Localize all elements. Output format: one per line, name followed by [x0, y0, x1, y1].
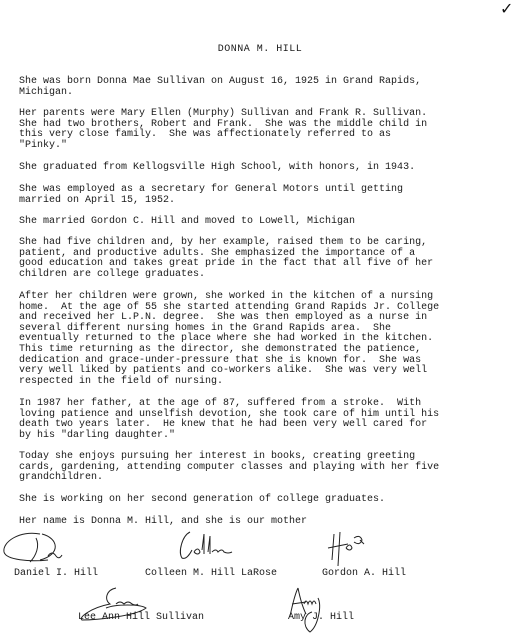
- paragraph-nursing: After her children were grown, she worke…: [19, 292, 509, 387]
- signature-amy: [288, 586, 338, 636]
- document-page: ✓ DONNA M. HILL She was born Donna Mae S…: [0, 0, 520, 638]
- paragraph-closing: Her name is Donna M. Hill, and she is ou…: [19, 517, 509, 528]
- checkmark-icon: ✓: [500, 4, 513, 15]
- signature-gordon: [326, 530, 376, 570]
- signature-daniel: [0, 528, 70, 568]
- paragraph-second-generation: She is working on her second generation …: [19, 495, 509, 506]
- paragraph-graduation: She graduated from Kellogsville High Sch…: [19, 163, 509, 174]
- signatory-name: Gordon A. Hill: [322, 569, 406, 580]
- paragraph-marriage: She married Gordon C. Hill and moved to …: [19, 217, 509, 228]
- signatory-name: Colleen M. Hill LaRose: [145, 569, 277, 580]
- paragraph-interests: Today she enjoys pursuing her interest i…: [19, 452, 509, 484]
- signature-colleen: [176, 530, 246, 562]
- paragraph-father: In 1987 her father, at the age of 87, su…: [19, 399, 509, 441]
- signatory-name: Lee Ann Hill Sullivan: [78, 613, 204, 624]
- paragraph-children: She had five children and, by her exampl…: [19, 238, 509, 280]
- paragraph-birth: She was born Donna Mae Sullivan on Augus…: [19, 77, 509, 98]
- signatory-name: Amy J. Hill: [288, 613, 354, 624]
- signatory-name: Daniel I. Hill: [14, 569, 98, 580]
- document-title: DONNA M. HILL: [0, 45, 520, 56]
- paragraph-employment: She was employed as a secretary for Gene…: [19, 185, 509, 206]
- paragraph-parents: Her parents were Mary Ellen (Murphy) Sul…: [19, 109, 509, 151]
